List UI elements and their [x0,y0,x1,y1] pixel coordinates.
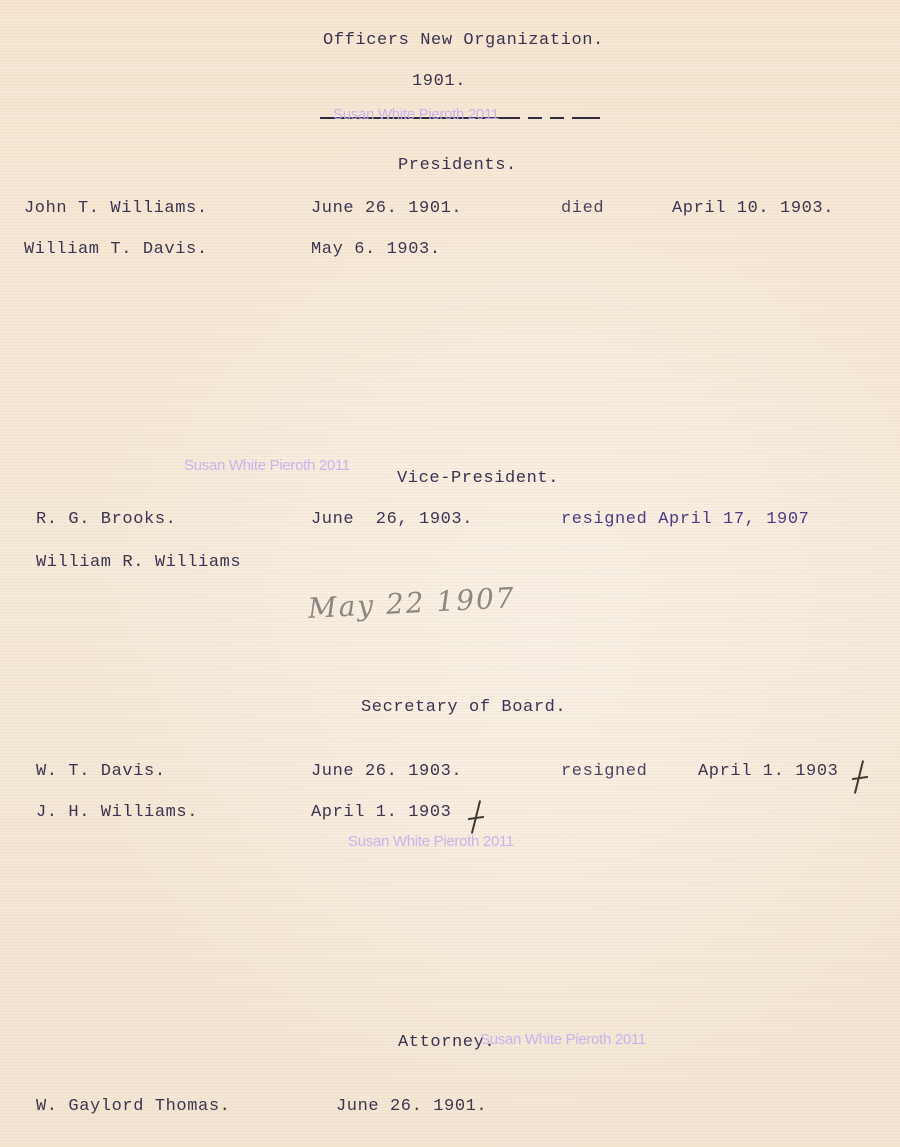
handwritten-date-note: May 22 1907 [307,581,516,625]
pen-correction-mark [852,776,868,780]
officer-name: W. Gaylord Thomas. [36,1098,230,1115]
watermark: Susan White Pieroth 2011 [333,106,499,123]
document-page: Officers New Organization. 1901. Susan W… [0,0,900,1147]
start-date: April 1. 1903 [311,804,451,821]
start-date: June 26. 1901. [336,1098,487,1115]
watermark: Susan White Pieroth 2011 [348,833,514,850]
officer-name: J. H. Williams. [36,804,198,821]
section-heading-secretary: Secretary of Board. [361,699,566,716]
start-date: June 26. 1903. [311,763,462,780]
start-date: May 6. 1903. [311,241,441,258]
officer-name: W. T. Davis. [36,763,166,780]
officer-name: R. G. Brooks. [36,511,176,528]
start-date: June 26. 1901. [311,200,462,217]
status: died [561,200,604,217]
status: resigned [561,763,647,780]
officer-name: William T. Davis. [24,241,208,258]
watermark: Susan White Pieroth 2011 [480,1031,646,1048]
end-date: April 1. 1903 [698,763,838,780]
status-and-end-date: resigned April 17, 1907 [561,511,809,528]
document-title: Officers New Organization. [323,32,604,49]
section-heading-presidents: Presidents. [398,157,517,174]
watermark: Susan White Pieroth 2011 [184,457,350,474]
officer-name: John T. Williams. [24,200,208,217]
officer-name: William R. Williams [36,554,241,571]
section-heading-vice-president: Vice-President. [397,470,559,487]
end-date: April 10. 1903. [672,200,834,217]
start-date: June 26, 1903. [311,511,473,528]
document-year: 1901. [412,73,466,90]
